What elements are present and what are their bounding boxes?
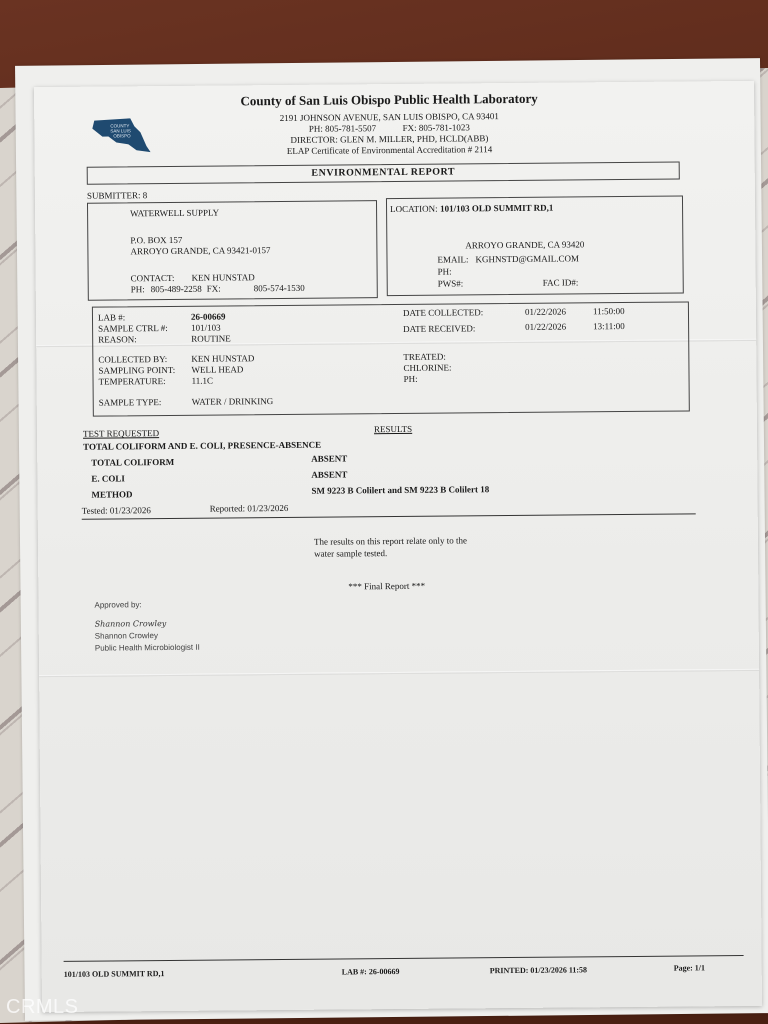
lab-phone: PH: 805-781-5507 [309,123,376,134]
footer-lab-number: LAB #: 26-00669 [342,967,400,977]
approver-title: Public Health Microbiologist II [95,643,200,653]
disclaimer-line2: water sample tested. [314,548,387,559]
sample-type: WATER / DRINKING [192,396,274,407]
disclaimer-line1: The results on this report relate only t… [314,535,467,546]
contact-name: KEN HUNSTAD [192,272,255,283]
temperature: 11.1C [192,376,214,386]
pws-label: PWS#: [438,278,464,288]
reason-label: REASON: [98,334,137,344]
test-requested-header: TEST REQUESTED [83,428,159,439]
sampling-point: WELL HEAD [191,364,243,374]
fac-id-label: FAC ID#: [543,277,579,287]
final-report-label: *** Final Report *** [348,581,425,592]
lab-number: 26-00669 [191,311,226,321]
date-collected-label: DATE COLLECTED: [403,307,483,318]
submitter-box: WATERWELL SUPPLY P.O. BOX 157 ARROYO GRA… [87,200,378,301]
temperature-label: TEMPERATURE: [99,376,166,387]
sample-info-box: LAB #: 26-00669 SAMPLE CTRL #: 101/103 R… [92,301,690,416]
county-logo-icon: COUNTY SAN LUIS OBISPO [90,116,152,157]
location-box: LOCATION: 101/103 OLD SUMMIT RD,1 ARROYO… [386,196,684,297]
fax-label: FX: [207,284,221,294]
date-received-label: DATE RECEIVED: [403,323,475,334]
phone-label: PH: [131,284,145,294]
sample-type-label: SAMPLE TYPE: [99,397,162,408]
email-label: EMAIL: [437,254,468,264]
treated-label: TREATED: [403,352,446,362]
approved-by-label: Approved by: [94,600,141,609]
result-value-method: SM 9223 B Colilert and SM 9223 B Coliler… [311,484,489,496]
reason: ROUTINE [191,333,231,343]
location-email: KGHNSTD@GMAIL.COM [475,253,579,264]
signature: Shannon Crowley [95,619,167,629]
collected-by: KEN HUNSTAD [191,353,254,364]
approver-name: Shannon Crowley [95,631,158,641]
reported-date: Reported: 01/23/2026 [210,503,289,514]
footer-rule [64,955,744,962]
test-name: TOTAL COLIFORM AND E. COLI, PRESENCE-ABS… [83,440,321,452]
contact-label: CONTACT: [131,273,175,283]
location-city: ARROYO GRANDE, CA 93420 [465,239,584,250]
result-name-method: METHOD [91,489,132,499]
paper-fold [39,669,759,677]
submitter-address1: P.O. BOX 157 [130,235,182,245]
result-value-total-coliform: ABSENT [311,453,347,463]
time-received: 13:11:00 [593,321,625,331]
sample-ctrl: 101/103 [191,323,221,333]
submitter-name: WATERWELL SUPPLY [130,208,219,219]
ph-label: PH: [403,374,417,384]
footer-page: Page: 1/1 [674,963,705,972]
submitter-address2: ARROYO GRANDE, CA 93421-0157 [130,245,270,256]
date-collected: 01/22/2026 [525,307,566,317]
lab-certificate: ELAP Certificate of Environmental Accred… [225,144,555,157]
lab-number-label: LAB #: [98,312,125,322]
location-value: 101/103 OLD SUMMIT RD,1 [440,203,553,214]
chlorine-label: CHLORINE: [403,363,451,373]
result-name-e-coli: E. COLI [91,473,125,483]
collected-by-label: COLLECTED BY: [98,354,167,365]
lab-fax: FX: 805-781-1023 [403,122,470,133]
submitter-fax: 805-574-1530 [254,283,305,293]
sampling-point-label: SAMPLING POINT: [98,365,175,376]
location-label: LOCATION: [390,204,438,214]
lab-title: County of San Luis Obispo Public Health … [224,91,554,110]
svg-text:OBISPO: OBISPO [113,133,131,138]
report-page: COUNTY SAN LUIS OBISPO County of San Lui… [34,81,762,1012]
location-ph-label: PH: [438,267,452,277]
tested-date: Tested: 01/23/2026 [82,505,151,516]
results-divider [82,513,696,519]
footer-printed: PRINTED: 01/23/2026 11:58 [490,965,587,975]
date-received: 01/22/2026 [525,322,566,332]
time-collected: 11:50:00 [593,306,625,316]
report-title: ENVIRONMENTAL REPORT [87,162,680,185]
sample-ctrl-label: SAMPLE CTRL #: [98,323,168,334]
submitter-label: SUBMITTER: 8 [87,190,147,201]
watermark: CRMLS [6,996,79,1019]
result-name-total-coliform: TOTAL COLIFORM [91,457,174,468]
submitter-phone: 805-489-2258 [151,284,202,294]
results-header: RESULTS [374,424,412,434]
result-value-e-coli: ABSENT [311,469,347,479]
footer-location: 101/103 OLD SUMMIT RD,1 [64,969,165,979]
